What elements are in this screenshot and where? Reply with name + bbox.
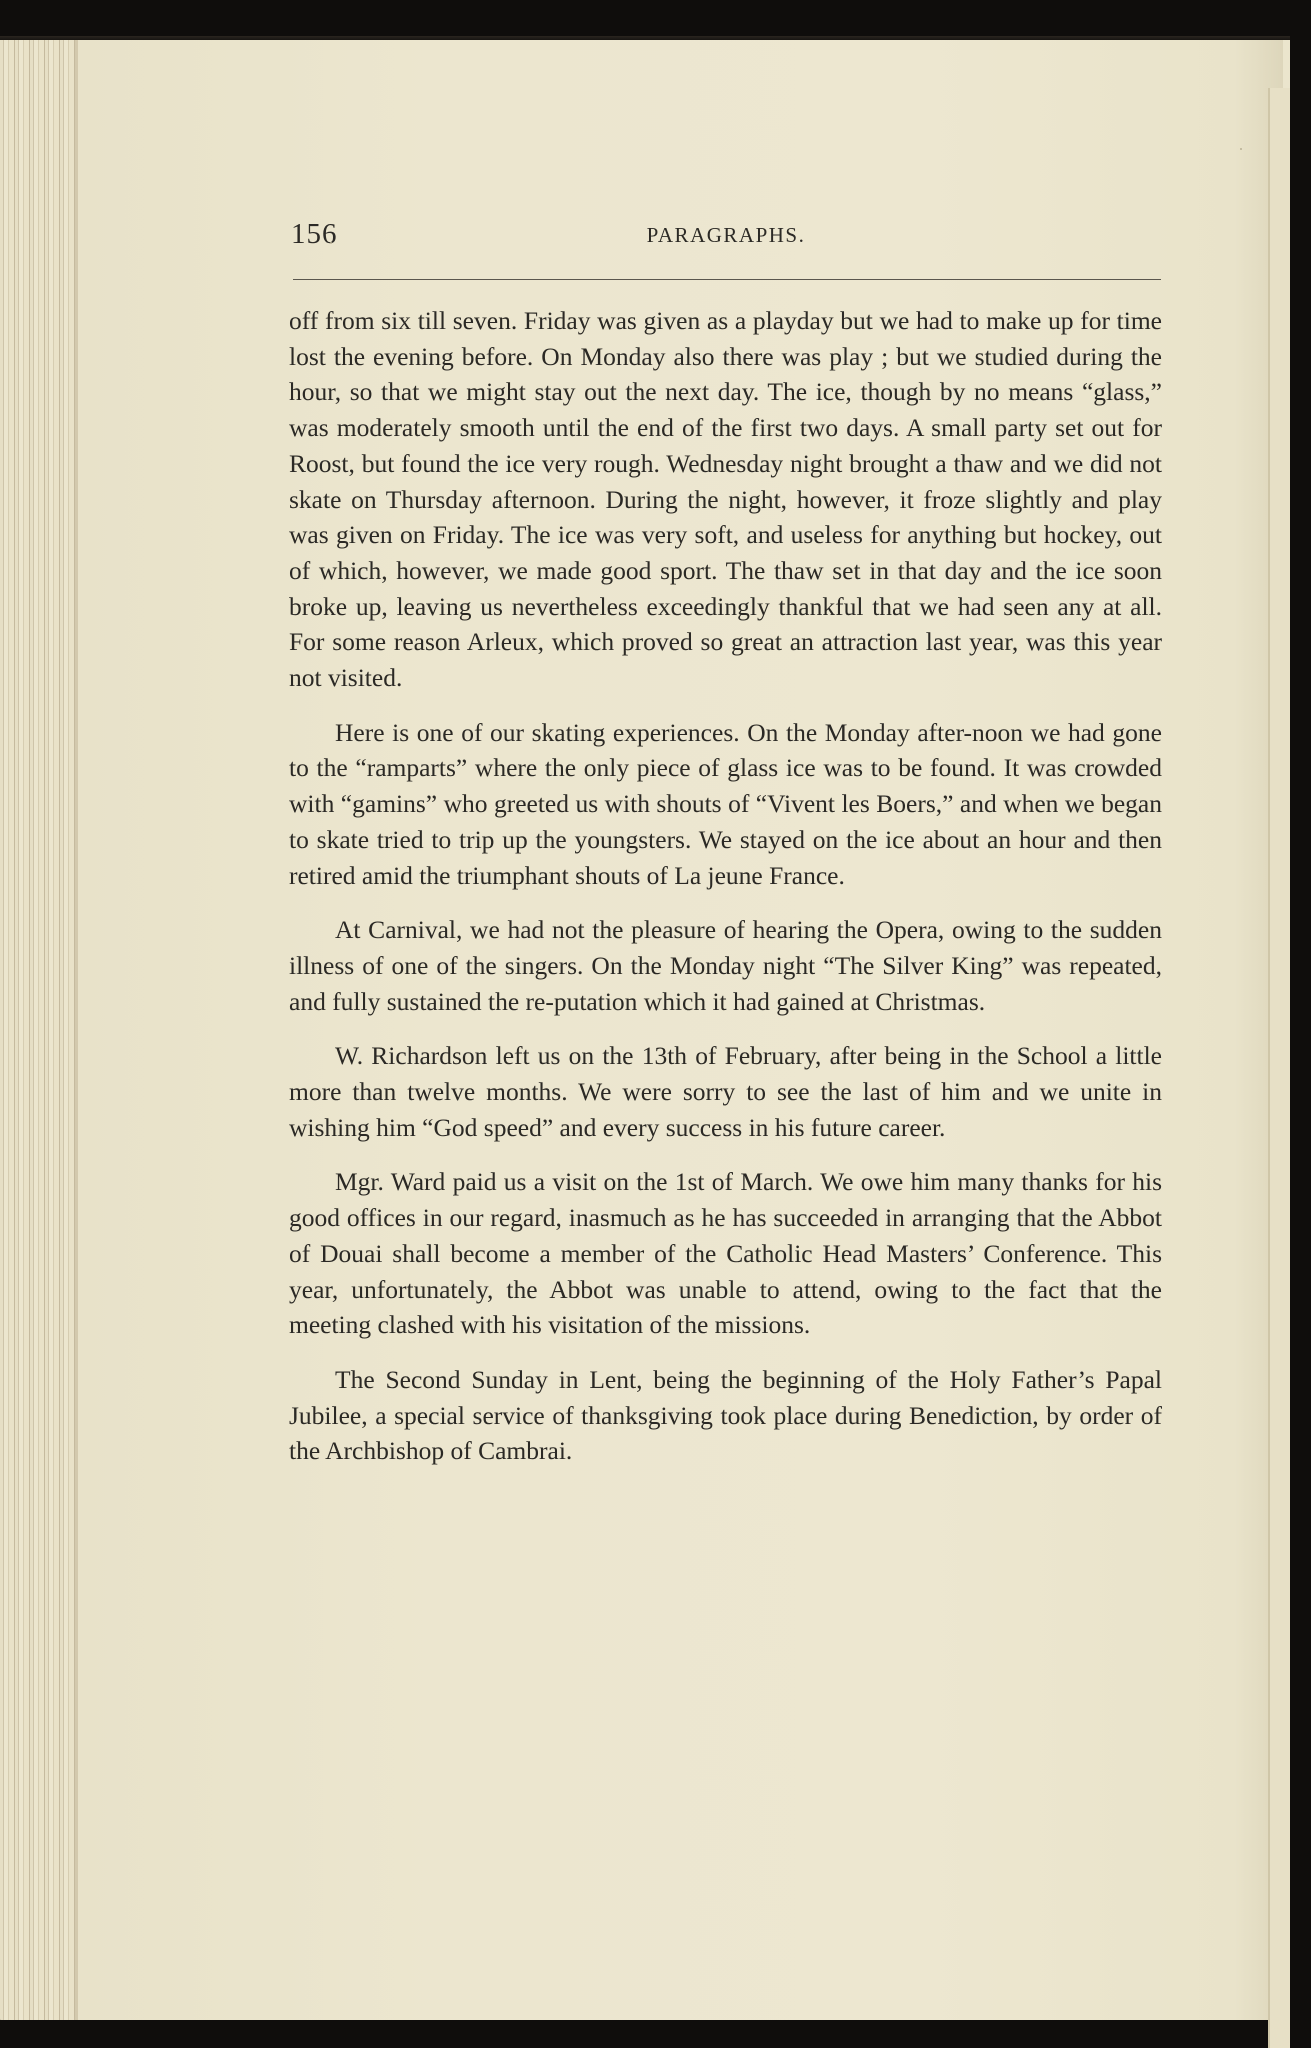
paper-speck (1240, 148, 1242, 150)
paper-speck (330, 242, 332, 244)
paragraph-skating-experience: Here is one of our skating experiences. … (289, 715, 1162, 894)
paragraph-carnival: At Carnival, we had not the pleasure of … (289, 912, 1162, 1019)
page-header: 156 PARAGRAPHS. (291, 218, 1161, 268)
paragraph-papal-jubilee: The Second Sunday in Lent, being the beg… (289, 1362, 1162, 1469)
running-head: PARAGRAPHS. (291, 223, 1161, 248)
page-edges-stack (0, 40, 78, 2020)
facing-page-edge (1268, 88, 1290, 2048)
paragraph-richardson: W. Richardson left us on the 13th of Feb… (289, 1038, 1162, 1145)
scanned-book-page: 156 PARAGRAPHS. off from six till seven.… (0, 0, 1311, 2048)
header-rule (293, 279, 1161, 280)
paragraph-mgr-ward: Mgr. Ward paid us a visit on the 1st of … (289, 1164, 1162, 1343)
body-text: off from six till seven. Friday was give… (289, 303, 1162, 1488)
paragraph-skating-week: off from six till seven. Friday was give… (289, 303, 1162, 696)
